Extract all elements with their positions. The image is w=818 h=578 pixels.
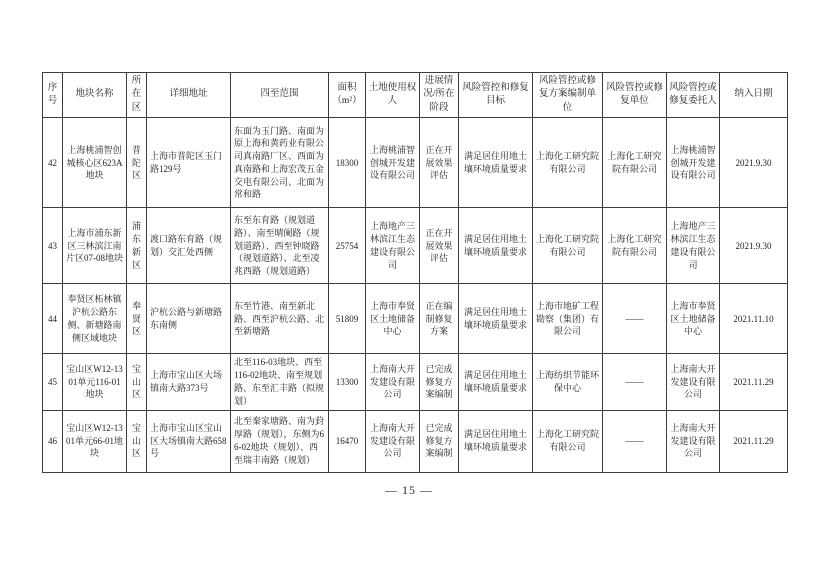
cell-target: 满足居住用地土壤环境质量要求: [459, 208, 533, 284]
cell-progress: 正在编制修复方案: [420, 284, 459, 354]
header-plot-name: 地块名称: [63, 73, 127, 118]
cell-plot-name: 上海市浦东新区三林滨江南片区07-08地块: [63, 208, 127, 284]
header-area: 面积（m²）: [329, 73, 366, 118]
cell-district: 普陀区: [127, 118, 147, 208]
cell-plan-unit: 上海纺织节能环保中心: [533, 354, 603, 410]
cell-target: 满足居住用地土壤环境质量要求: [459, 354, 533, 410]
cell-area: 18300: [329, 118, 366, 208]
cell-holder: 上海市奉贤区土地储备中心: [366, 284, 420, 354]
cell-address: 上海市宝山区宝山区大场镇南大路658号: [147, 410, 231, 472]
header-row: 序号 地块名称 所在区 详细地址 四至范围 面积（m²） 土地使用权人 进展情况…: [43, 73, 788, 118]
cell-address: 沪杭公路与新塘路东南侧: [147, 284, 231, 354]
cell-holder: 上海地产三林滨江生态建设有限公司: [366, 208, 420, 284]
cell-district: 奉贤区: [127, 284, 147, 354]
cell-progress: 已完成修复方案编制: [420, 410, 459, 472]
cell-address: 上海市普陀区玉门路129号: [147, 118, 231, 208]
table-row: 42 上海桃浦智创城核心区623A地块 普陀区 上海市普陀区玉门路129号 东面…: [43, 118, 788, 208]
cell-date: 2021.9.30: [720, 208, 788, 284]
cell-holder: 上海南大开发建设有限公司: [366, 410, 420, 472]
cell-plot-name: 奉贤区柘林镇沪杭公路东侧、新塘路南侧区域地块: [63, 284, 127, 354]
cell-client: 上海桃浦智创城开发建设有限公司: [667, 118, 720, 208]
cell-plan-unit: 上海化工研究院有限公司: [533, 118, 603, 208]
cell-no: 46: [43, 410, 63, 472]
cell-no: 44: [43, 284, 63, 354]
cell-district: 浦东新区: [127, 208, 147, 284]
cell-area: 51809: [329, 284, 366, 354]
table-row: 43 上海市浦东新区三林滨江南片区07-08地块 浦东新区 渡口路东育路（规划）…: [43, 208, 788, 284]
table-row: 44 奉贤区柘林镇沪杭公路东侧、新塘路南侧区域地块 奉贤区 沪杭公路与新塘路东南…: [43, 284, 788, 354]
cell-target: 满足居住用地土壤环境质量要求: [459, 118, 533, 208]
header-plan-unit: 风险管控或修复方案编制单位: [533, 73, 603, 118]
cell-district: 宝山区: [127, 354, 147, 410]
cell-repair-unit: 上海化工研究院有限公司: [603, 208, 667, 284]
cell-no: 43: [43, 208, 63, 284]
cell-plot-name: 上海桃浦智创城核心区623A地块: [63, 118, 127, 208]
cell-boundary: 东至竹港、南至新北路、西至沪杭公路、北至新塘路: [231, 284, 329, 354]
cell-client: 上海地产三林滨江生态建设有限公司: [667, 208, 720, 284]
cell-plan-unit: 上海市地矿工程勘察（集团）有限公司: [533, 284, 603, 354]
cell-area: 16470: [329, 410, 366, 472]
cell-progress: 正在开展效果评估: [420, 118, 459, 208]
document-page: 序号 地块名称 所在区 详细地址 四至范围 面积（m²） 土地使用权人 进展情况…: [0, 0, 818, 578]
header-holder: 土地使用权人: [366, 73, 420, 118]
cell-date: 2021.11.29: [720, 410, 788, 472]
header-no: 序号: [43, 73, 63, 118]
cell-repair-unit: ——: [603, 284, 667, 354]
header-date: 纳入日期: [720, 73, 788, 118]
cell-holder: 上海桃浦智创城开发建设有限公司: [366, 118, 420, 208]
cell-plot-name: 宝山区W12-1301单元116-01地块: [63, 354, 127, 410]
cell-plot-name: 宝山区W12-1301单元66-01地块: [63, 410, 127, 472]
cell-holder: 上海南大开发建设有限公司: [366, 354, 420, 410]
header-client: 风险管控或修复委托人: [667, 73, 720, 118]
cell-plan-unit: 上海化工研究院有限公司: [533, 410, 603, 472]
cell-progress: 正在开展效果评估: [420, 208, 459, 284]
cell-date: 2021.9.30: [720, 118, 788, 208]
cell-area: 25754: [329, 208, 366, 284]
cell-district: 宝山区: [127, 410, 147, 472]
header-boundary: 四至范围: [231, 73, 329, 118]
cell-boundary: 北至秦家塘路、南为葑厚路（规划），东侧为66-02地块（规划）、西至瑞丰南路（规…: [231, 410, 329, 472]
header-progress: 进展情况/所在阶段: [420, 73, 459, 118]
header-repair-unit: 风险管控或修复单位: [603, 73, 667, 118]
cell-client: 上海市奉贤区土地储备中心: [667, 284, 720, 354]
header-address: 详细地址: [147, 73, 231, 118]
cell-date: 2021.11.10: [720, 284, 788, 354]
page-number: — 15 —: [0, 483, 818, 498]
cell-repair-unit: ——: [603, 410, 667, 472]
cell-repair-unit: ——: [603, 354, 667, 410]
cell-plan-unit: 上海化工研究院有限公司: [533, 208, 603, 284]
header-district: 所在区: [127, 73, 147, 118]
cell-client: 上海南大开发建设有限公司: [667, 410, 720, 472]
cell-progress: 已完成修复方案编制: [420, 354, 459, 410]
cell-no: 42: [43, 118, 63, 208]
cell-date: 2021.11.29: [720, 354, 788, 410]
cell-address: 上海市宝山区大场镇南大路373号: [147, 354, 231, 410]
cell-no: 45: [43, 354, 63, 410]
land-parcel-table: 序号 地块名称 所在区 详细地址 四至范围 面积（m²） 土地使用权人 进展情况…: [42, 72, 788, 473]
cell-address: 渡口路东育路（规划）交汇处西侧: [147, 208, 231, 284]
cell-boundary: 东至东育路（规划道路）、南至晴阑路（规划道路）、西至钟晓路（规划道路）、北至凌兆…: [231, 208, 329, 284]
cell-target: 满足居住用地土壤环境质量要求: [459, 410, 533, 472]
table-row: 46 宝山区W12-1301单元66-01地块 宝山区 上海市宝山区宝山区大场镇…: [43, 410, 788, 472]
cell-boundary: 北至116-03地块、西至116-02地块、南至规划路、东至汇丰路（拟规划）: [231, 354, 329, 410]
cell-client: 上海南大开发建设有限公司: [667, 354, 720, 410]
table-row: 45 宝山区W12-1301单元116-01地块 宝山区 上海市宝山区大场镇南大…: [43, 354, 788, 410]
header-target: 风险管控和修复目标: [459, 73, 533, 118]
cell-target: 满足居住用地土壤环境质量要求: [459, 284, 533, 354]
cell-area: 13300: [329, 354, 366, 410]
cell-boundary: 东面为玉门路、南面为原上海和黄药业有限公司真南路厂区、西面为真南路和上海宏茂五金…: [231, 118, 329, 208]
cell-repair-unit: 上海化工研究院有限公司: [603, 118, 667, 208]
